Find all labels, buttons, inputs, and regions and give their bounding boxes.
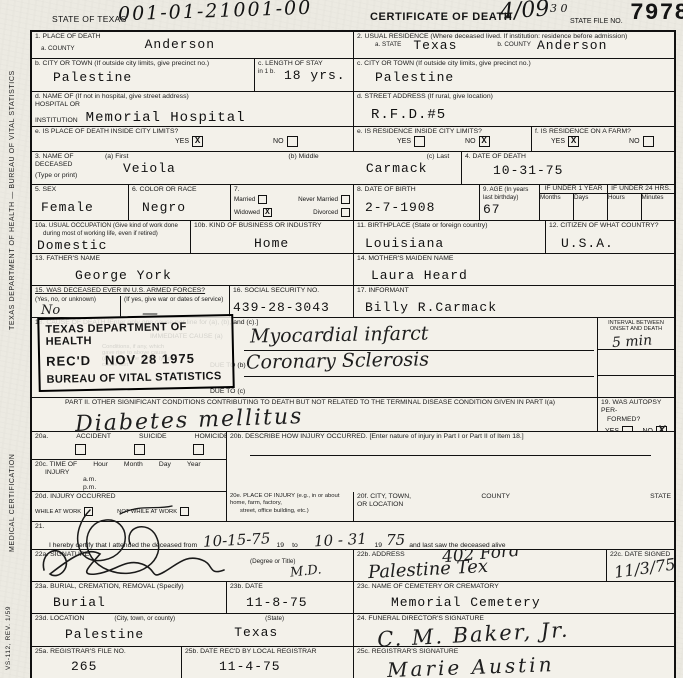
residence-city-label: c. CITY OR TOWN (If outside city limits,…: [357, 60, 671, 68]
state-file-no-label: STATE FILE NO.: [570, 18, 623, 25]
due-to-c-label: DUE TO (c): [210, 388, 245, 396]
injury-occurred-label: 20d. INJURY OCCURRED: [35, 493, 223, 501]
autopsy-no-checkbox: X: [656, 426, 667, 431]
sex-label: 5. SEX: [35, 186, 125, 194]
father-name-value: George York: [75, 268, 350, 283]
while-at-work-label: WHILE AT WORK: [35, 509, 81, 515]
county-label: a. COUNTY: [41, 45, 75, 52]
middle-name-label: (b) Middle: [288, 153, 318, 161]
informant-label: 17. INFORMANT: [357, 287, 671, 295]
mother-name-label: 14. MOTHER'S MAIDEN NAME: [357, 255, 671, 263]
cert-to-value: 10 - 31: [313, 530, 367, 549]
certificate-title: CERTIFICATE OF DEATH: [370, 11, 512, 23]
cert-yr1: 19: [277, 542, 285, 549]
under-1-year-label: IF UNDER 1 YEAR: [540, 185, 607, 194]
cemetery-label: 23c. NAME OF CEMETERY OR CREMATORY: [357, 583, 671, 591]
age-value: 67: [483, 202, 536, 217]
date-received-label: 25b. DATE REC'D BY LOCAL REGISTRAR: [185, 648, 350, 656]
describe-injury-label: 20b. DESCRIBE HOW INJURY OCCURRED. [Ente…: [230, 433, 671, 441]
stamp-line1: TEXAS DEPARTMENT OF HEALTH: [45, 320, 225, 348]
occupation-cell: 10a. USUAL OCCUPATION (Give kind of work…: [32, 221, 191, 253]
location-sub2: (State): [265, 615, 284, 623]
yes-label: YES: [551, 138, 565, 145]
yes-label: YES: [175, 138, 189, 145]
accident-checkbox: [75, 444, 86, 455]
residence-state-label: a. STATE: [375, 41, 401, 53]
department-vertical-text: TEXAS DEPARTMENT OF HEALTH — BUREAU OF V…: [9, 60, 16, 330]
no-checkbox: [643, 136, 654, 147]
state-file-number: 79788: [630, 0, 683, 26]
married-checkbox: [258, 195, 267, 204]
residence-farm-cell: f. IS RESIDENCE ON A FARM? YESX NO: [532, 127, 674, 151]
under-24-hrs-label: IF UNDER 24 HRS.: [608, 185, 674, 194]
accident-suicide-homicide-cell: 20a. ACCIDENT SUICIDE HOMICIDE: [32, 432, 227, 460]
race-label: 6. COLOR OR RACE: [132, 186, 227, 194]
yes-checkbox: X: [568, 136, 579, 147]
citizen-value: U.S.A.: [561, 236, 671, 251]
year-label: Year: [187, 461, 201, 469]
date-of-birth-label: 8. DATE OF BIRTH: [357, 186, 476, 194]
autopsy-label: 19. WAS AUTOPSY PER-: [601, 399, 671, 416]
residence-county-label: b. COUNTY: [497, 41, 531, 53]
street-address-cell: d. STREET ADDRESS (If rural, give locati…: [354, 92, 674, 126]
location-label: 23d. LOCATION: [35, 615, 84, 623]
marital-status-cell: 7. Married Never Married WidowedX Divorc…: [231, 185, 354, 220]
armed-forces-cell: 15. WAS DECEASED EVER IN U.S. ARMED FORC…: [32, 286, 230, 317]
cemetery-cell: 23c. NAME OF CEMETERY OR CREMATORY Memor…: [354, 582, 674, 613]
cemetery-value: Memorial Cemetery: [391, 595, 671, 610]
mother-name-cell: 14. MOTHER'S MAIDEN NAME Laura Heard: [354, 254, 674, 285]
burial-label: 23a. BURIAL, CREMATION, REMOVAL (Specify…: [35, 583, 223, 591]
ssn-cell: 16. SOCIAL SECURITY NO. 439-28-3043: [230, 286, 354, 317]
location-city-value: Palestine: [65, 627, 144, 642]
autopsy-yes-checkbox: [622, 426, 633, 431]
birthplace-value: Louisiana: [365, 236, 542, 251]
hospital-value: Memorial Hospital: [86, 110, 246, 126]
homicide-label: HOMICIDE: [195, 433, 227, 441]
yes-label: YES: [397, 138, 411, 145]
cert-to-word: to: [292, 542, 298, 549]
if-under-24-hrs-cell: IF UNDER 24 HRS. Hours Minutes: [608, 185, 674, 220]
interval-cell: INTERVAL BETWEEN ONSET AND DEATH 5 min: [598, 318, 674, 397]
divorced-label: Divorced: [313, 209, 338, 216]
never-married-checkbox: [341, 195, 350, 204]
usual-residence-label: 2. USUAL RESIDENCE (Where deceased lived…: [357, 33, 671, 41]
no-label: NO: [629, 138, 640, 145]
length-of-stay-label: c. LENGTH OF STAY: [258, 60, 350, 68]
cert-text1: I hereby certify that I attended the dec…: [49, 542, 197, 549]
autopsy-cell: 19. WAS AUTOPSY PER- FORMED? YES NOX: [598, 398, 674, 431]
minutes-label: Minutes: [642, 194, 675, 220]
if-under-1-year-cell: IF UNDER 1 YEAR Months Days: [540, 185, 608, 220]
hospital-label2: HOSPITAL OR: [35, 101, 350, 109]
burial-cell: 23a. BURIAL, CREMATION, REMOVAL (Specify…: [32, 582, 227, 613]
day-label: Day: [159, 461, 171, 469]
location-state-value: Texas: [234, 625, 278, 642]
registrar-signature-cell: 25c. REGISTRAR'S SIGNATURE Marie Austin: [354, 647, 674, 678]
injury-location-cell: 20f. CITY, TOWN, OR LOCATION COUNTY STAT…: [354, 492, 674, 521]
stamp-line3: BUREAU OF VITAL STATISTICS: [46, 370, 226, 386]
first-name-label: (a) First: [105, 153, 128, 161]
injury-state-label: STATE: [650, 493, 671, 510]
date-of-birth-value: 2-7-1908: [365, 200, 476, 215]
burial-value: Burial: [53, 595, 223, 610]
month-label: Month: [124, 461, 143, 469]
signature-label: 22a. SIGNATURE: [35, 551, 350, 559]
mother-name-value: Laura Heard: [371, 268, 671, 283]
death-city-cell: b. CITY OR TOWN (If outside city limits,…: [32, 59, 255, 91]
father-name-cell: 13. FATHER'S NAME George York: [32, 254, 354, 285]
suicide-label: SUICIDE: [139, 433, 167, 441]
received-stamp: TEXAS DEPARTMENT OF HEALTH REC'D NOV 28 …: [37, 314, 235, 392]
date-received-cell: 25b. DATE REC'D BY LOCAL REGISTRAR 11-4-…: [182, 647, 354, 678]
registrar-file-value: 265: [71, 659, 178, 674]
pm-label: p.m.: [83, 484, 223, 492]
armed-forces-sub1: (Yes, no, or unknown): [35, 296, 117, 303]
time-of-injury-cell: 20c. TIME OF Hour Month Day Year INJURY …: [32, 460, 227, 492]
registrar-file-cell: 25a. REGISTRAR'S FILE NO. 265: [32, 647, 182, 678]
death-city-limits-cell: e. IS PLACE OF DEATH INSIDE CITY LIMITS?…: [32, 127, 354, 151]
medical-certification-vertical-text: MEDICAL CERTIFICATION: [9, 392, 16, 552]
homicide-checkbox: [193, 444, 204, 455]
burial-date-cell: 23b. DATE 11-8-75: [227, 582, 354, 613]
armed-forces-label: 15. WAS DECEASED EVER IN U.S. ARMED FORC…: [32, 286, 229, 296]
place-of-injury-cell: 20e. PLACE OF INJURY (e.g., in or about …: [227, 492, 354, 521]
burial-location-cell: 23d. LOCATION (City, town, or county) (S…: [32, 614, 354, 646]
months-label: Months: [540, 194, 574, 220]
not-while-at-work-label: NOT WHILE AT WORK: [117, 509, 177, 515]
ssn-label: 16. SOCIAL SECURITY NO.: [233, 287, 350, 295]
yes-label: YES: [605, 428, 619, 431]
form-code-vertical-text: VS-112, REV. 1/59: [5, 560, 12, 670]
due-to-b-value: Coronary Sclerosis: [246, 348, 429, 373]
injury-county-label: COUNTY: [481, 493, 510, 510]
widowed-checkbox: X: [263, 208, 272, 217]
last-name-value: Carmack: [366, 161, 428, 176]
injury-city-label: 20f. CITY, TOWN, OR LOCATION: [357, 493, 421, 510]
county-value: Anderson: [145, 37, 215, 52]
death-city-limits-label: e. IS PLACE OF DEATH INSIDE CITY LIMITS?: [35, 128, 350, 136]
last-name-label: (c) Last: [427, 153, 450, 161]
cert-yr2-value: 75: [386, 531, 405, 549]
sex-cell: 5. SEX Female: [32, 185, 129, 220]
no-label: NO: [273, 138, 284, 145]
degree-title-value: M.D.: [289, 562, 322, 580]
street-address-label: d. STREET ADDRESS (If rural, give locati…: [357, 93, 671, 101]
deceased-name-cell: 3. NAME OF (a) First (b) Middle (c) Last…: [32, 152, 462, 184]
days-label: Days: [574, 194, 607, 220]
no-checkbox: [287, 136, 298, 147]
sex-value: Female: [41, 200, 125, 215]
residence-farm-label: f. IS RESIDENCE ON A FARM?: [535, 128, 671, 136]
hour-label: Hour: [93, 461, 108, 469]
residence-city-limits-cell: e. IS RESIDENCE INSIDE CITY LIMITS? YES …: [354, 127, 532, 151]
cert-from-value: 10-15-75: [203, 530, 271, 549]
ssn-value: 439-28-3043: [233, 300, 350, 315]
informant-value: Billy R.Carmack: [365, 300, 671, 315]
accident-label: ACCIDENT: [76, 433, 111, 441]
deceased-name-label: 3. NAME OF: [35, 153, 93, 161]
occupation-value: Domestic: [37, 238, 187, 253]
no-label: NO: [643, 428, 654, 431]
stamp-recd: REC'D: [46, 352, 91, 368]
race-value: Negro: [142, 200, 227, 215]
handwritten-code-small: 3 0: [550, 2, 568, 15]
describe-injury-space: [227, 460, 674, 492]
hospital-cell: d. NAME OF (If not in hospital, give str…: [32, 92, 354, 126]
burial-date-label: 23b. DATE: [230, 583, 350, 591]
length-of-stay-value: 18 yrs.: [284, 68, 350, 83]
business-label: 10b. KIND OF BUSINESS OR INDUSTRY: [194, 222, 350, 230]
hospital-label3: INSTITUTION: [35, 117, 78, 125]
injury-occurred-cell: 20d. INJURY OCCURRED WHILE AT WORK NOT W…: [32, 492, 227, 521]
street-address-value: R.F.D.#5: [371, 107, 671, 123]
time-of-injury-label: 20c. TIME OF: [35, 461, 77, 469]
burial-date-value: 11-8-75: [246, 595, 350, 610]
father-name-label: 13. FATHER'S NAME: [35, 255, 350, 263]
first-name-value: Veiola: [123, 161, 176, 176]
date-of-death-cell: 4. DATE OF DEATH 10-31-75: [462, 152, 674, 184]
birthplace-label: 11. BIRTHPLACE (State or foreign country…: [357, 222, 542, 230]
married-label: Married: [234, 196, 255, 203]
part2-cell: PART II. OTHER SIGNIFICANT CONDITIONS CO…: [32, 398, 598, 431]
death-city-label: b. CITY OR TOWN (If outside city limits,…: [35, 60, 251, 68]
usual-residence-cell: 2. USUAL RESIDENCE (Where deceased lived…: [354, 32, 674, 58]
handwritten-certificate-number: 001-01-21001-00: [118, 0, 313, 25]
yes-checkbox: [414, 136, 425, 147]
date-of-death-label: 4. DATE OF DEATH: [465, 153, 671, 161]
business-cell: 10b. KIND OF BUSINESS OR INDUSTRY Home: [191, 221, 354, 253]
age-label2: last birthday): [483, 194, 536, 202]
hospital-label: d. NAME OF (If not in hospital, give str…: [35, 93, 350, 101]
place-of-injury-label2: street, office building, etc.): [240, 508, 350, 515]
state-of-texas-label: STATE OF TEXAS: [52, 14, 127, 24]
residence-city-value: Palestine: [375, 70, 671, 85]
death-city-value: Palestine: [53, 70, 251, 85]
funeral-director-cell: 24. FUNERAL DIRECTOR'S SIGNATURE C. M. B…: [354, 614, 674, 646]
stamp-date: NOV 28 1975: [105, 350, 195, 367]
cert-yr2: 19: [375, 542, 383, 549]
date-of-death-value: 10-31-75: [493, 163, 671, 178]
physician-signature-cell: 22a. SIGNATURE (Degree or Title) M.D.: [32, 550, 354, 581]
length-of-stay-cell: c. LENGTH OF STAY in 1 b. 18 yrs.: [255, 59, 354, 91]
physician-address-cell: 22b. ADDRESS 402 Ford Palestine Tex: [354, 550, 607, 581]
hours-label: Hours: [608, 194, 642, 220]
certificate-header: STATE OF TEXAS 001-01-21001-00 CERTIFICA…: [30, 2, 678, 30]
date-of-birth-cell: 8. DATE OF BIRTH 2-7-1908: [354, 185, 480, 220]
citizen-cell: 12. CITIZEN OF WHAT COUNTRY? U.S.A.: [546, 221, 674, 253]
divorced-checkbox: [341, 208, 350, 217]
never-married-label: Never Married: [298, 196, 338, 203]
address-line2: Palestine Tex: [368, 556, 489, 581]
immediate-cause-value: Myocardial infarct: [250, 322, 429, 347]
no-label: NO: [465, 138, 476, 145]
handwritten-code: 4/09: [499, 0, 550, 25]
date-received-value: 11-4-75: [219, 659, 350, 674]
business-value: Home: [254, 236, 350, 251]
widowed-label: Widowed: [234, 209, 260, 216]
certification-cell: 21. I hereby certify that I attended the…: [32, 522, 674, 549]
no-checkbox: X: [479, 136, 490, 147]
marital-num: 7.: [234, 186, 350, 194]
location-sub1: (City, town, or county): [114, 615, 175, 623]
suicide-checkbox: [134, 444, 145, 455]
citizen-label: 12. CITIZEN OF WHAT COUNTRY?: [549, 222, 671, 230]
birthplace-cell: 11. BIRTHPLACE (State or foreign country…: [354, 221, 546, 253]
date-signed-cell: 22c. DATE SIGNED 11/3/75: [607, 550, 674, 581]
age-label: 9. AGE (In years: [483, 186, 536, 194]
informant-cell: 17. INFORMANT Billy R.Carmack: [354, 286, 674, 317]
am-label: a.m.: [83, 476, 223, 484]
residence-city-limits-label: e. IS RESIDENCE INSIDE CITY LIMITS?: [357, 128, 528, 136]
describe-injury-cell: 20b. DESCRIBE HOW INJURY OCCURRED. [Ente…: [227, 432, 674, 460]
yes-checkbox: X: [192, 136, 203, 147]
age-cell: 9. AGE (In years last birthday) 67: [480, 185, 540, 220]
place-of-injury-label: 20e. PLACE OF INJURY (e.g., in or about …: [230, 493, 350, 508]
residence-county-value: Anderson: [537, 38, 607, 53]
armed-forces-answer: No: [41, 303, 117, 317]
occupation-label: 10a. USUAL OCCUPATION (Give kind of work…: [35, 222, 187, 230]
residence-state-value: Texas: [413, 38, 457, 53]
registrar-file-label: 25a. REGISTRAR'S FILE NO.: [35, 648, 178, 656]
armed-forces-sub2: (If yes, give war or dates of service): [124, 296, 226, 303]
residence-city-cell: c. CITY OR TOWN (If outside city limits,…: [354, 59, 674, 91]
cert-text2: and last saw the deceased alive: [409, 542, 505, 549]
degree-title-label: (Degree or Title): [250, 558, 296, 565]
s20a-num: 20a.: [35, 433, 48, 441]
occupation-label2: during most of working life, even if ret…: [43, 230, 187, 238]
race-cell: 6. COLOR OR RACE Negro: [129, 185, 231, 220]
place-of-death-county-cell: 1. PLACE OF DEATH a. COUNTY Anderson: [32, 32, 354, 58]
